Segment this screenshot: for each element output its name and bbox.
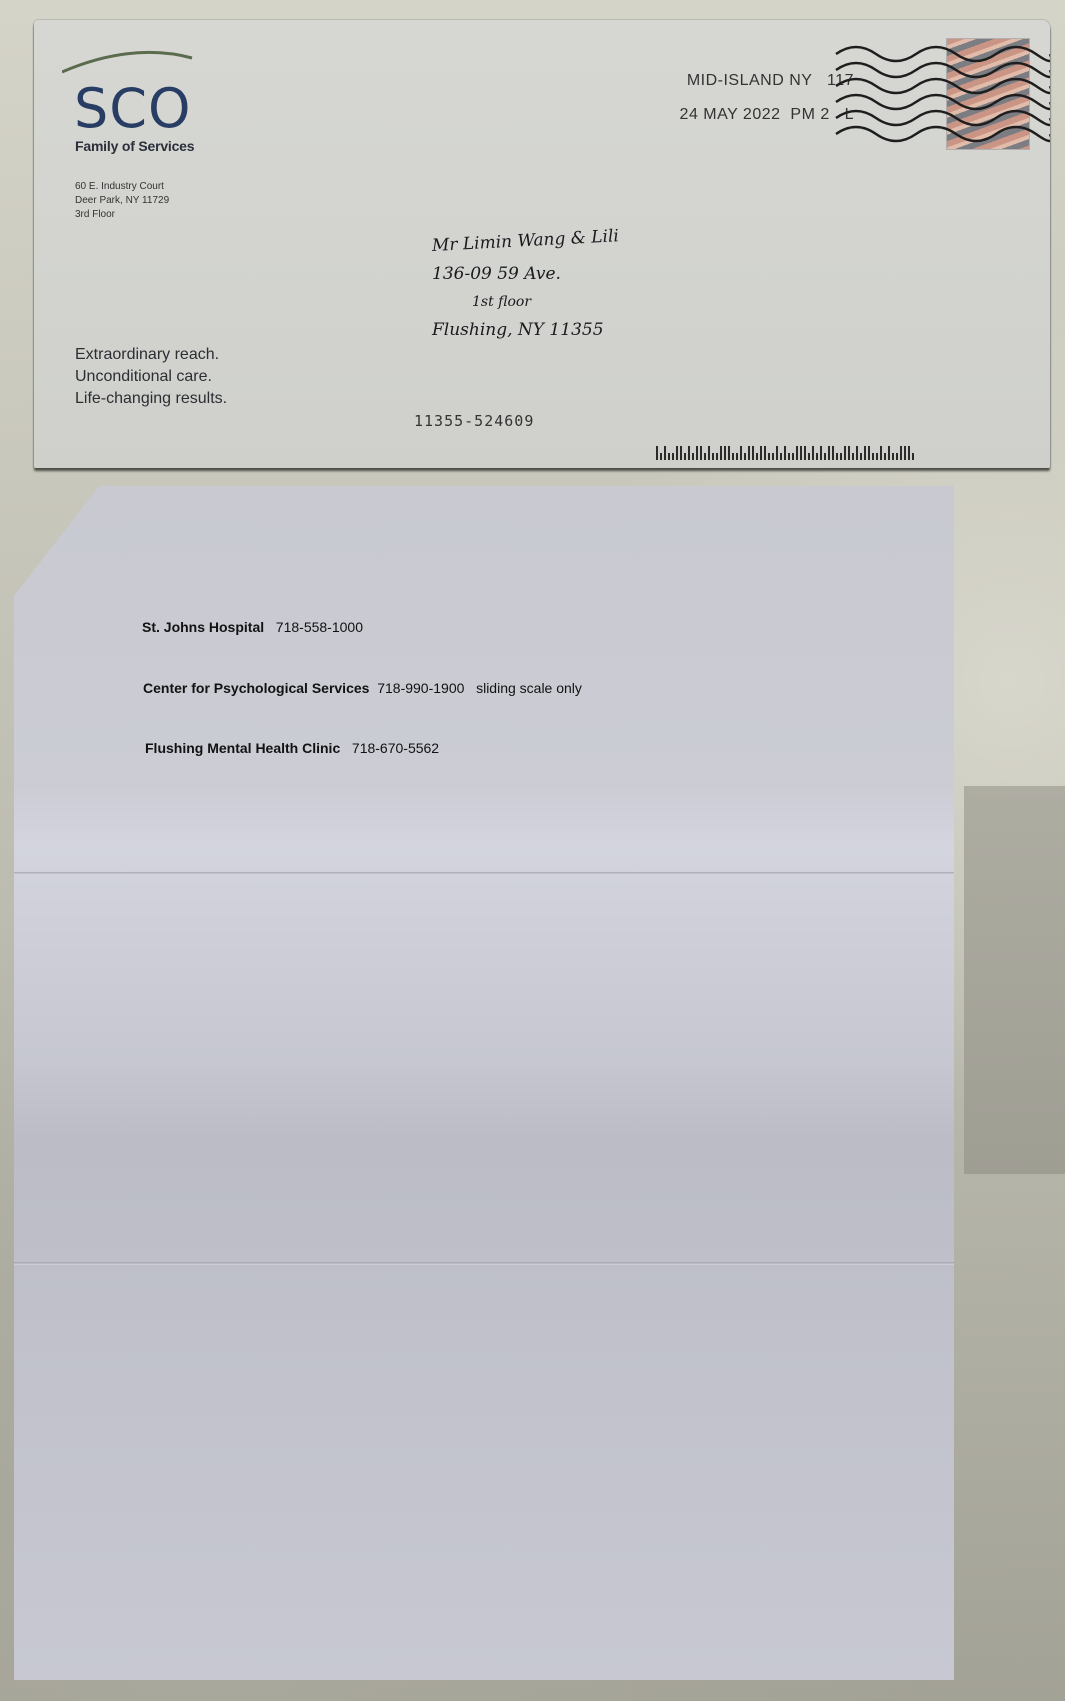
contact-row: St. Johns Hospital 718-558-1000 [142, 619, 363, 635]
fold-line [14, 872, 954, 875]
zip-barcode-text: 11355-524609 [414, 412, 534, 430]
postmark: MID-ISLAND NY 117 24 MAY 2022 PM 2 L [614, 64, 854, 132]
recipient-address: Mr Limin Wang & Lili 136-09 59 Ave. 1st … [432, 232, 619, 344]
contact-row: Center for Psychological Services 718-99… [143, 680, 582, 696]
background-object [964, 786, 1065, 1174]
cancellation-wave-icon [834, 34, 1050, 144]
letter: St. Johns Hospital 718-558-1000 Center f… [14, 486, 954, 1680]
envelope: SCO Family of Services 60 E. Industry Co… [34, 20, 1050, 468]
fold-line [14, 1262, 954, 1265]
sender-tagline: Extraordinary reach. Unconditional care.… [75, 344, 227, 410]
sender-address: 60 E. Industry Court Deer Park, NY 11729… [75, 180, 169, 222]
contact-row: Flushing Mental Health Clinic 718-670-55… [145, 740, 439, 756]
postmark-location: MID-ISLAND NY 117 [614, 64, 854, 98]
sender-logo-subtitle: Family of Services [75, 138, 194, 154]
postal-barcode-icon [656, 438, 914, 460]
postmark-date: 24 MAY 2022 PM 2 L [614, 98, 854, 132]
sender-logo: SCO [74, 82, 192, 136]
